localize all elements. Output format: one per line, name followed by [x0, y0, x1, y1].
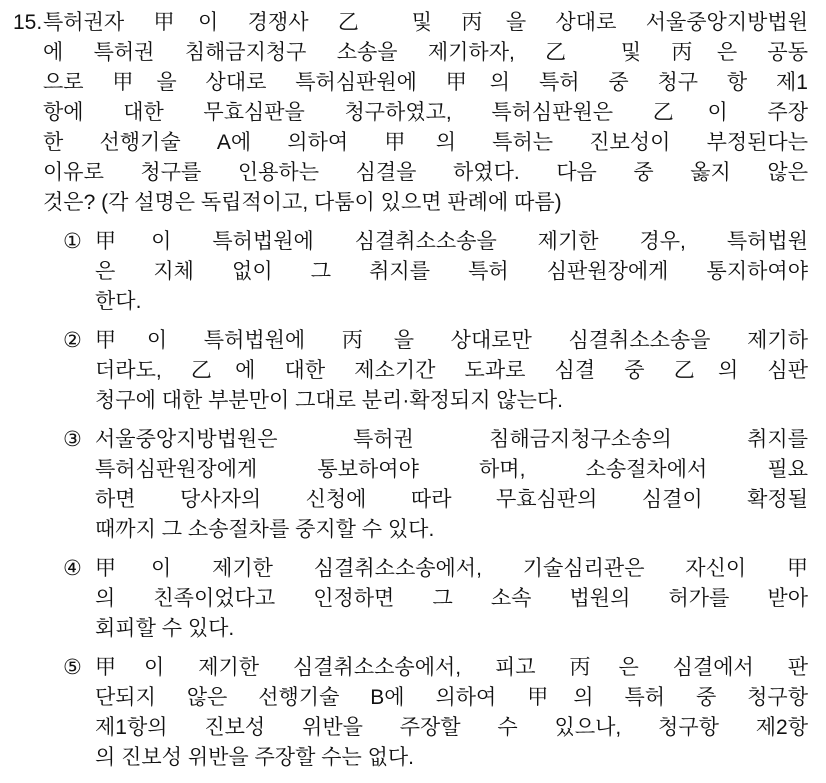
text-line: 것은? (각 설명은 독립적이고, 다툼이 있으면 판례에 따름)	[43, 188, 808, 218]
text-line: 의 친족이었다고 인정하면 그 소속 법원의 허가를 받아	[95, 584, 808, 614]
text-line: 더라도, 乙에 대한 제소기간 도과로 심결 중 乙의 심판	[95, 356, 808, 386]
answer-option-1: ① 甲이 특허법원에 심결취소소송을 제기한 경우, 특허법원은 지체 없이 그…	[63, 227, 808, 317]
answer-option-3: ③ 서울중앙지방법원은 특허권 침해금지청구소송의 취지를특허심판원장에게 통보…	[63, 425, 808, 545]
text-line: 이유로 청구를 인용하는 심결을 하였다. 다음 중 옳지 않은	[43, 158, 808, 188]
text-line: 甲이 특허법원에 심결취소소송을 제기한 경우, 특허법원	[95, 227, 808, 257]
text-line: 단되지 않은 선행기술 B에 의하여 甲의 특허 중 청구항	[95, 683, 808, 713]
text-line: 甲이 특허법원에 丙을 상대로만 심결취소소송을 제기하	[95, 326, 808, 356]
text-line: 제1항의 진보성 위반을 주장할 수 있으나, 청구항 제2항	[95, 713, 808, 743]
text-line: 한다.	[95, 287, 808, 317]
text-line: 때까지 그 소송절차를 중지할 수 있다.	[95, 515, 808, 545]
option-1-circled-number: ①	[63, 227, 95, 317]
text-line: 의 진보성 위반을 주장할 수는 없다.	[95, 743, 808, 773]
question-text: 특허권자 甲이 경쟁사 乙 및 丙을 상대로 서울중앙지방법원에 특허권 침해금…	[43, 8, 808, 218]
text-line: 하면 당사자의 신청에 따라 무효심판의 심결이 확정될	[95, 485, 808, 515]
text-line: 청구에 대한 부분만이 그대로 분리·확정되지 않는다.	[95, 386, 808, 416]
text-line: 회피할 수 있다.	[95, 614, 808, 644]
question-number: 15.	[13, 8, 43, 218]
options-list: ① 甲이 특허법원에 심결취소소송을 제기한 경우, 특허법원은 지체 없이 그…	[13, 227, 808, 773]
option-5-circled-number: ⑤	[63, 653, 95, 773]
answer-option-5: ⑤ 甲이 제기한 심결취소소송에서, 피고 丙은 심결에서 판단되지 않은 선행…	[63, 653, 808, 773]
text-line: 항에 대한 무효심판을 청구하였고, 특허심판원은 乙이 주장	[43, 98, 808, 128]
question-block: 15. 특허권자 甲이 경쟁사 乙 및 丙을 상대로 서울중앙지방법원에 특허권…	[13, 8, 808, 218]
text-line: 특허권자 甲이 경쟁사 乙 및 丙을 상대로 서울중앙지방법원	[43, 8, 808, 38]
option-5-text: 甲이 제기한 심결취소소송에서, 피고 丙은 심결에서 판단되지 않은 선행기술…	[95, 653, 808, 773]
option-3-text: 서울중앙지방법원은 특허권 침해금지청구소송의 취지를특허심판원장에게 통보하여…	[95, 425, 808, 545]
answer-option-4: ④ 甲이 제기한 심결취소소송에서, 기술심리관은 자신이 甲의 친족이었다고 …	[63, 554, 808, 644]
text-line: 서울중앙지방법원은 특허권 침해금지청구소송의 취지를	[95, 425, 808, 455]
option-2-text: 甲이 특허법원에 丙을 상대로만 심결취소소송을 제기하더라도, 乙에 대한 제…	[95, 326, 808, 416]
option-1-text: 甲이 특허법원에 심결취소소송을 제기한 경우, 특허법원은 지체 없이 그 취…	[95, 227, 808, 317]
text-line: 으로 甲을 상대로 특허심판원에 甲의 특허 중 청구 항 제1	[43, 68, 808, 98]
exam-page: 15. 특허권자 甲이 경쟁사 乙 및 丙을 상대로 서울중앙지방법원에 특허권…	[13, 8, 808, 773]
text-line: 특허심판원장에게 통보하여야 하며, 소송절차에서 필요	[95, 455, 808, 485]
text-line: 甲이 제기한 심결취소소송에서, 기술심리관은 자신이 甲	[95, 554, 808, 584]
option-2-circled-number: ②	[63, 326, 95, 416]
text-line: 은 지체 없이 그 취지를 특허 심판원장에게 통지하여야	[95, 257, 808, 287]
option-3-circled-number: ③	[63, 425, 95, 545]
text-line: 甲이 제기한 심결취소소송에서, 피고 丙은 심결에서 판	[95, 653, 808, 683]
text-line: 에 특허권 침해금지청구 소송을 제기하자, 乙 및 丙은 공동	[43, 38, 808, 68]
option-4-text: 甲이 제기한 심결취소소송에서, 기술심리관은 자신이 甲의 친족이었다고 인정…	[95, 554, 808, 644]
text-line: 한 선행기술 A에 의하여 甲의 특허는 진보성이 부정된다는	[43, 128, 808, 158]
option-4-circled-number: ④	[63, 554, 95, 644]
answer-option-2: ② 甲이 특허법원에 丙을 상대로만 심결취소소송을 제기하더라도, 乙에 대한…	[63, 326, 808, 416]
